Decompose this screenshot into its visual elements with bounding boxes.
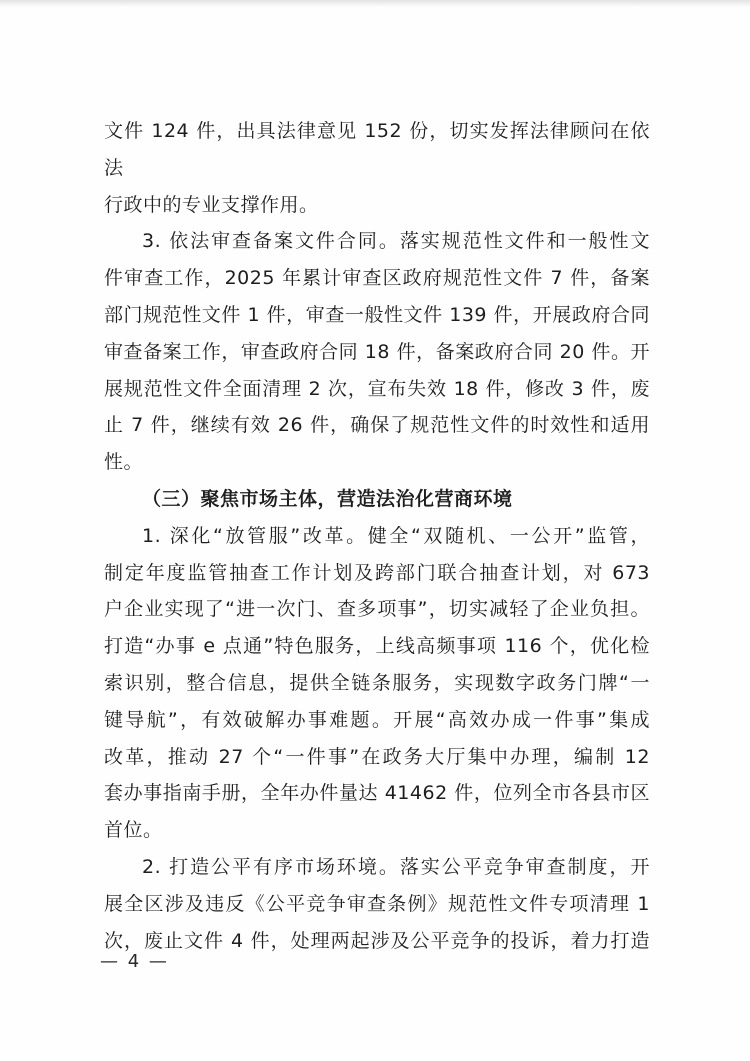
text-line-17: 改革，推动 27 个“一件事”在政务大厅集中办理，编制 12 — [104, 739, 650, 776]
text-line-11-numbered-item-1: 1. 深化“放管服”改革。健全“双随机、一公开”监管， — [104, 518, 650, 555]
text-line-20-numbered-item-2: 2. 打造公平有序市场环境。落实公平竞争审查制度，开 — [104, 849, 650, 886]
text-line-9: 性。 — [104, 444, 650, 481]
text-line-6: 审查备案工作，审查政府合同 18 件，备案政府合同 20 件。开 — [104, 334, 650, 371]
text-line-19: 首位。 — [104, 812, 650, 849]
text-line-8: 止 7 件，继续有效 26 件，确保了规范性文件的时效性和适用 — [104, 407, 650, 444]
text-line-2: 行政中的专业支撑作用。 — [104, 187, 650, 224]
page-number: — 4 — — [100, 944, 169, 981]
text-line-15: 索识别，整合信息，提供全链条服务，实现数字政务门牌“一 — [104, 665, 650, 702]
text-line-1: 文件 124 件，出具法律意见 152 份，切实发挥法律顾问在依法 — [104, 113, 650, 187]
text-line-21: 展全区涉及违反《公平竞争审查条例》规范性文件专项清理 1 — [104, 886, 650, 923]
text-line-22: 次，废止文件 4 件，处理两起涉及公平竞争的投诉，着力打造 — [104, 923, 650, 960]
scan-edge-artifact — [0, 0, 750, 7]
text-line-5: 部门规范性文件 1 件，审查一般性文件 139 件，开展政府合同 — [104, 297, 650, 334]
text-line-3-numbered-item-3: 3. 依法审查备案文件合同。落实规范性文件和一般性文 — [104, 223, 650, 260]
text-line-14: 打造“办事 e 点通”特色服务，上线高频事项 116 个，优化检 — [104, 628, 650, 665]
document-page: 文件 124 件，出具法律意见 152 份，切实发挥法律顾问在依法 行政中的专业… — [0, 0, 750, 1061]
text-line-18: 套办事指南手册，全年办件量达 41462 件，位列全市各县市区 — [104, 775, 650, 812]
text-line-7: 展规范性文件全面清理 2 次，宣布失效 18 件，修改 3 件，废 — [104, 371, 650, 408]
page-body-text: 文件 124 件，出具法律意见 152 份，切实发挥法律顾问在依法 行政中的专业… — [104, 113, 650, 959]
section-heading-3: （三）聚焦市场主体，营造法治化营商环境 — [104, 481, 650, 518]
text-line-13: 户企业实现了“进一次门、查多项事”，切实减轻了企业负担。 — [104, 591, 650, 628]
text-line-12: 制定年度监管抽查工作计划及跨部门联合抽查计划，对 673 — [104, 555, 650, 592]
text-line-16: 键导航”，有效破解办事难题。开展“高效办成一件事”集成 — [104, 702, 650, 739]
text-line-4: 件审查工作，2025 年累计审查区政府规范性文件 7 件，备案 — [104, 260, 650, 297]
